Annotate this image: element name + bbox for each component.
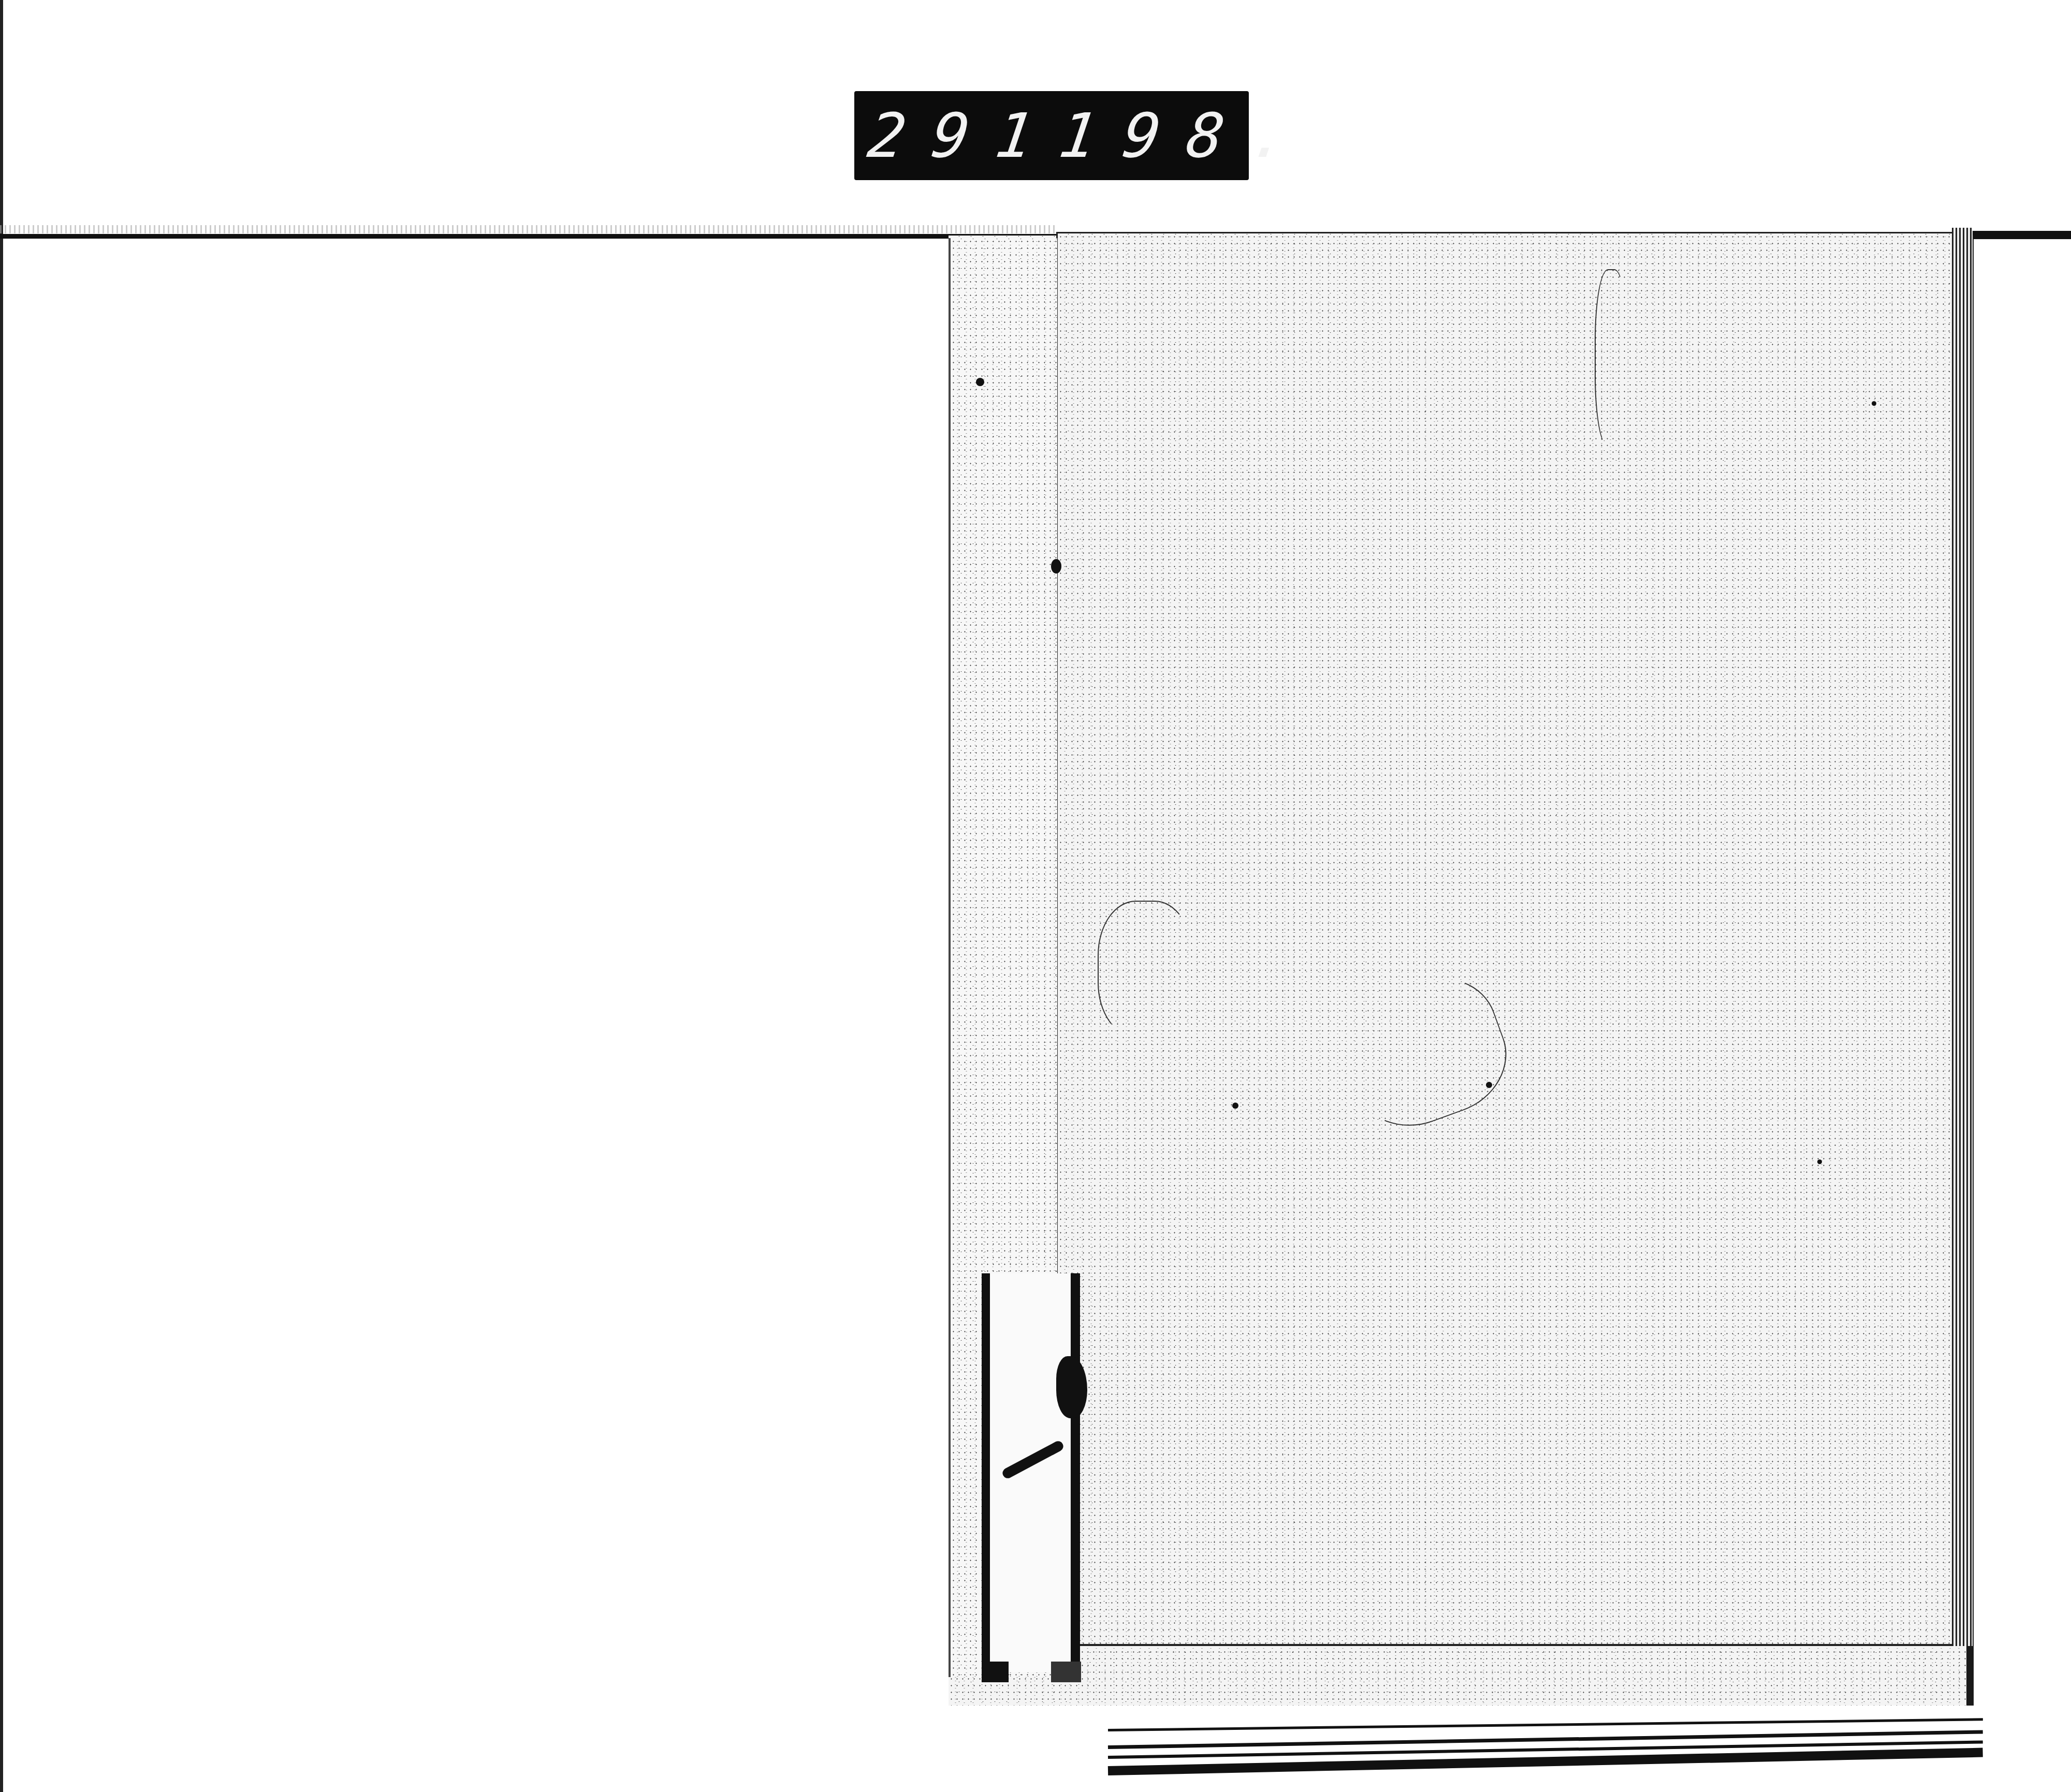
- page-block-edges: [1108, 1724, 1983, 1781]
- table-edge-rule-right: [1972, 231, 2071, 239]
- book-fore-edge: [1952, 228, 1973, 1646]
- cover-damage-mark: [1595, 269, 1628, 447]
- table-edge-rule: [0, 234, 1056, 239]
- cover-spot: [1817, 1159, 1822, 1164]
- spine-spot: [976, 378, 984, 386]
- spine-lower-panel: [982, 1273, 1080, 1672]
- page-edge-line: [1108, 1730, 1983, 1749]
- table-edge-texture: [0, 225, 1056, 233]
- spine-foot-left: [982, 1662, 1009, 1682]
- cover-damage-mark: [1098, 901, 1193, 1037]
- scan-left-edge: [0, 0, 3, 1792]
- cover-spot: [1486, 1082, 1492, 1088]
- cover-spot: [1232, 1103, 1238, 1109]
- reel-number: 291: [865, 105, 1064, 166]
- spine-spot: [1051, 559, 1061, 574]
- page-edge-line: [1108, 1718, 1983, 1731]
- frame-number-label: 291 198.: [854, 91, 1249, 180]
- frame-number: 198.: [1056, 105, 1319, 166]
- cover-spot: [1872, 401, 1876, 406]
- spine-foot-right: [1051, 1662, 1081, 1682]
- page-edge-line: [1108, 1748, 1983, 1775]
- book-front-cover: [1056, 232, 1967, 1646]
